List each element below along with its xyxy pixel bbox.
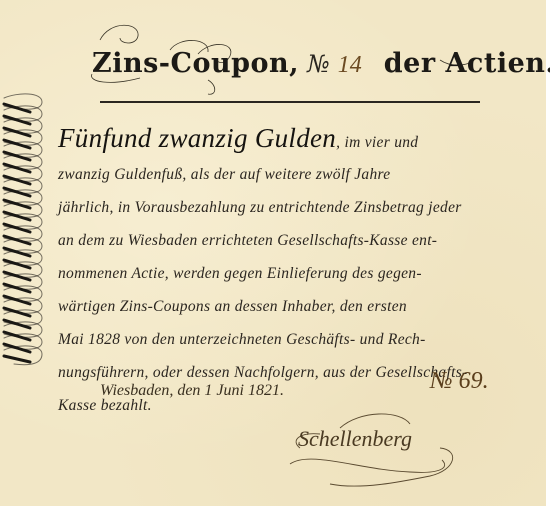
- serial-number-mark: № 69.: [430, 368, 489, 395]
- body-line: jährlich, in Vorausbezahlung zu entricht…: [58, 191, 528, 224]
- title-underline-divider: [100, 101, 480, 103]
- title-number-prefix: №: [307, 50, 330, 78]
- signature-flourish-icon: [270, 410, 470, 500]
- coupon-title: Zins-Coupon, № 14 der Actien.: [92, 48, 492, 92]
- body-line: nommenen Actie, werden gegen Einlieferun…: [58, 257, 528, 290]
- amount-text: Fünfund zwanzig Gulden: [58, 123, 336, 153]
- body-line-rest: , im vier und: [336, 134, 418, 151]
- body-line: zwanzig Guldenfuß, als der auf weitere z…: [58, 158, 528, 191]
- body-line: Mai 1828 von den unterzeichneten Geschäf…: [58, 323, 528, 356]
- signature: Schellenberg: [298, 426, 412, 452]
- title-main: Zins-Coupon,: [92, 48, 299, 79]
- place-date-line: Wiesbaden, den 1 Juni 1821.: [100, 382, 284, 400]
- body-line: an dem zu Wiesbaden errichteten Gesellsc…: [58, 224, 528, 257]
- title-tail: der Actien.: [384, 48, 550, 79]
- body-line: wärtigen Zins-Coupons an dessen Inhaber,…: [58, 290, 528, 323]
- title-coupon-number: 14: [338, 52, 362, 79]
- spiral-ornament-icon: [0, 92, 50, 372]
- body-line: Fünfund zwanzig Gulden, im vier und: [58, 118, 528, 158]
- document-paper: Zins-Coupon, № 14 der Actien. Fünfund zw…: [0, 0, 546, 506]
